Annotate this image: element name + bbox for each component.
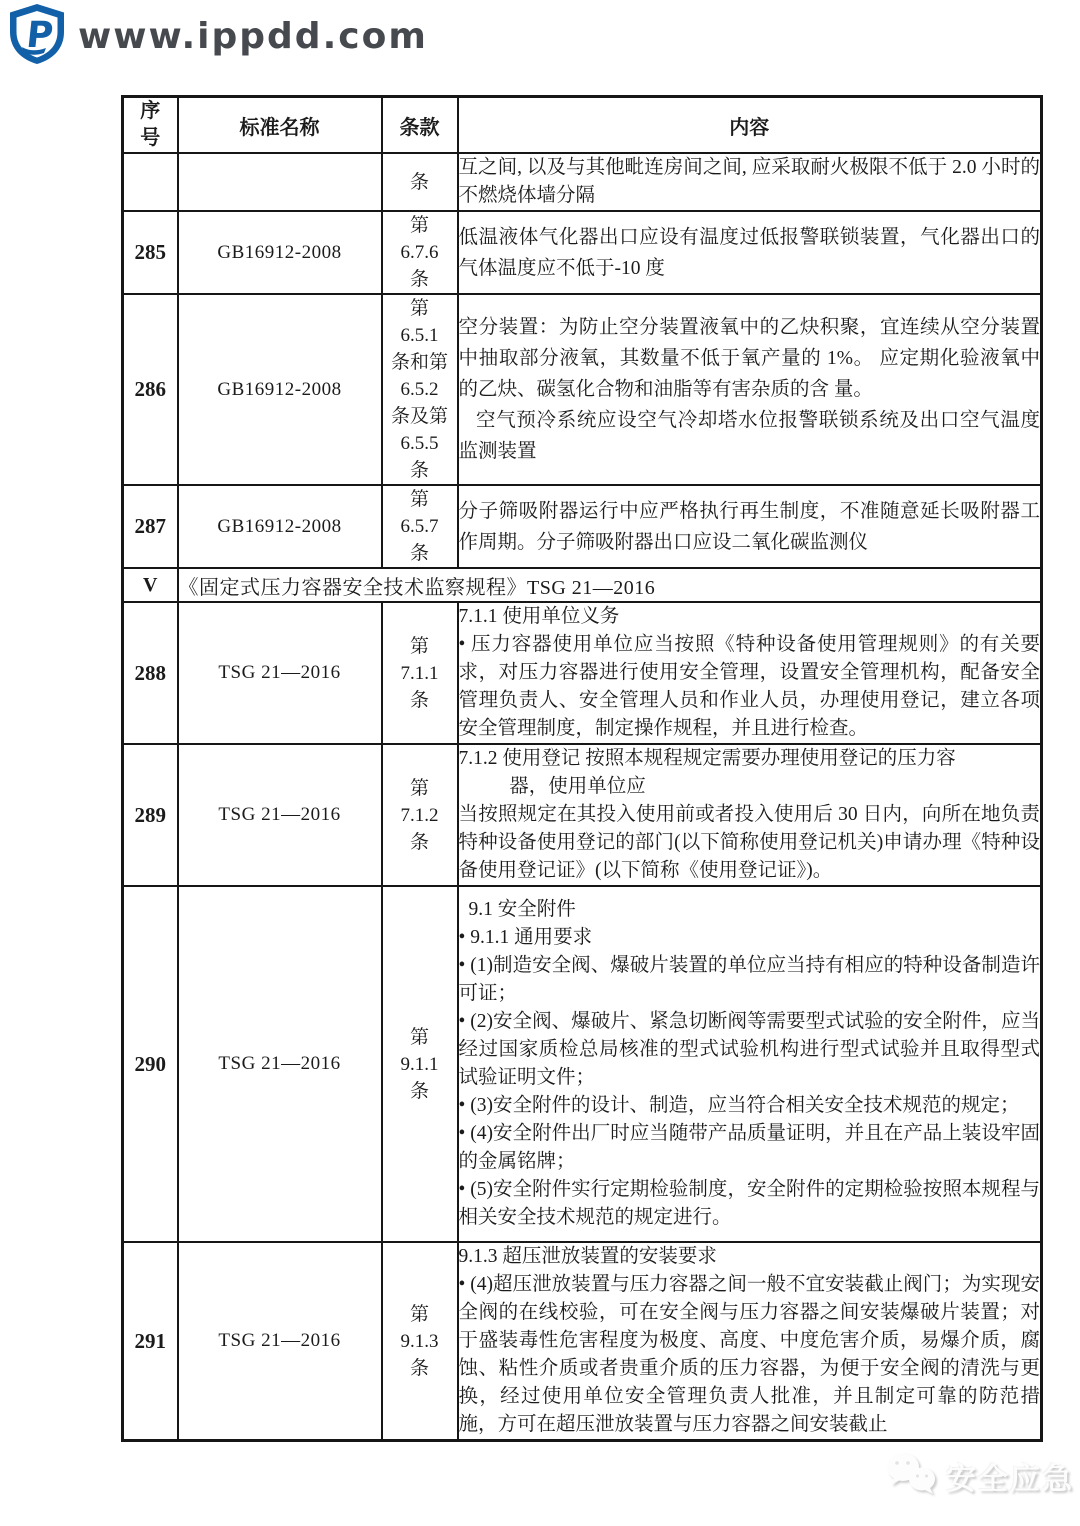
site-url-text: www.ippdd.com [78, 16, 428, 57]
row-name-cell [178, 153, 382, 211]
row-name-cell: GB16912-2008 [178, 485, 382, 568]
row-no-cell: 285 [123, 211, 178, 294]
row-name-cell: GB16912-2008 [178, 294, 382, 485]
ippdd-logo: P www.ippdd.com [8, 3, 428, 70]
row-name-cell: TSG 21—2016 [178, 744, 382, 886]
row-content-cell: 9.1.3 超压泄放装置的安装要求 • (4)超压泄放装置与压力容器之间一般不宜… [458, 1242, 1042, 1441]
row-no-cell: 288 [123, 602, 178, 744]
row-no-cell: 289 [123, 744, 178, 886]
table-row: 290 TSG 21—2016 第 9.1.1 条 9.1 安全附件 • 9.1… [123, 886, 1042, 1242]
watermark: 安全应急 [884, 1450, 1074, 1501]
row-no-cell: 286 [123, 294, 178, 485]
row-content-cell: 互之间, 以及与其他毗连房间之间, 应采取耐火极限不低于 2.0 小时的不燃烧体… [458, 153, 1042, 211]
row-no-cell: 291 [123, 1242, 178, 1441]
row-no-cell: 290 [123, 886, 178, 1242]
row-name-cell: GB16912-2008 [178, 211, 382, 294]
section-no-cell: V [123, 568, 178, 602]
row-name-cell: TSG 21—2016 [178, 1242, 382, 1441]
shield-icon: P [8, 3, 66, 70]
row-name-cell: TSG 21—2016 [178, 602, 382, 744]
table-row: 287 GB16912-2008 第 6.5.7 条 分子筛吸附器运行中应严格执… [123, 485, 1042, 568]
row-content-cell: 低温液体气化器出口应设有温度过低报警联锁装置，气化器出口的气体温度应不低于-10… [458, 211, 1042, 294]
table-row: 291 TSG 21—2016 第 9.1.3 条 9.1.3 超压泄放装置的安… [123, 1242, 1042, 1441]
row-name-cell: TSG 21—2016 [178, 886, 382, 1242]
row-content-cell: 7.1.2 使用登记 按照本规程规定需要办理使用登记的压力容 器，使用单位应 当… [458, 744, 1042, 886]
row-clause-cell: 第 6.5.7 条 [382, 485, 458, 568]
section-row: V 《固定式压力容器安全技术监察规程》TSG 21—2016 [123, 568, 1042, 602]
row-clause-cell: 第 6.5.1 条和第 6.5.2 条及第 6.5.5 条 [382, 294, 458, 485]
table-row: 条 互之间, 以及与其他毗连房间之间, 应采取耐火极限不低于 2.0 小时的不燃… [123, 153, 1042, 211]
row-clause-cell: 第 7.1.1 条 [382, 602, 458, 744]
row-clause-cell: 第 6.7.6 条 [382, 211, 458, 294]
table-row: 285 GB16912-2008 第 6.7.6 条 低温液体气化器出口应设有温… [123, 211, 1042, 294]
watermark-label: 安全应急 [946, 1454, 1074, 1498]
row-clause-cell: 第 9.1.1 条 [382, 886, 458, 1242]
row-content-cell: 空分装置：为防止空分装置液氧中的乙炔积聚，宜连续从空分装置中抽取部分液氧，其数量… [458, 294, 1042, 485]
row-no-cell [123, 153, 178, 211]
svg-text:P: P [24, 14, 55, 56]
row-no-cell: 287 [123, 485, 178, 568]
col-header-name: 标准名称 [178, 97, 382, 154]
col-header-no: 序号 [123, 97, 178, 154]
table-row: 289 TSG 21—2016 第 7.1.2 条 7.1.2 使用登记 按照本… [123, 744, 1042, 886]
row-clause-cell: 第 7.1.2 条 [382, 744, 458, 886]
row-content-cell: 分子筛吸附器运行中应严格执行再生制度，不准随意延长吸附器工作周期。分子筛吸附器出… [458, 485, 1042, 568]
row-clause-cell: 第 9.1.3 条 [382, 1242, 458, 1441]
col-header-clause: 条款 [382, 97, 458, 154]
table-header-row: 序号 标准名称 条款 内容 [123, 97, 1042, 154]
row-content-cell: 9.1 安全附件 • 9.1.1 通用要求 • (1)制造安全阀、爆破片装置的单… [458, 886, 1042, 1242]
section-title-cell: 《固定式压力容器安全技术监察规程》TSG 21—2016 [178, 568, 1042, 602]
col-header-content: 内容 [458, 97, 1042, 154]
standards-table: 序号 标准名称 条款 内容 条 互之间, 以及与其他毗连房间之间, 应采取耐火极… [121, 95, 1043, 1442]
row-clause-cell: 条 [382, 153, 458, 211]
table-row: 288 TSG 21—2016 第 7.1.1 条 7.1.1 使用单位义务 •… [123, 602, 1042, 744]
row-content-cell: 7.1.1 使用单位义务 • 压力容器使用单位应当按照《特种设备使用管理规则》的… [458, 602, 1042, 744]
table-row: 286 GB16912-2008 第 6.5.1 条和第 6.5.2 条及第 6… [123, 294, 1042, 485]
wechat-icon [884, 1450, 938, 1501]
